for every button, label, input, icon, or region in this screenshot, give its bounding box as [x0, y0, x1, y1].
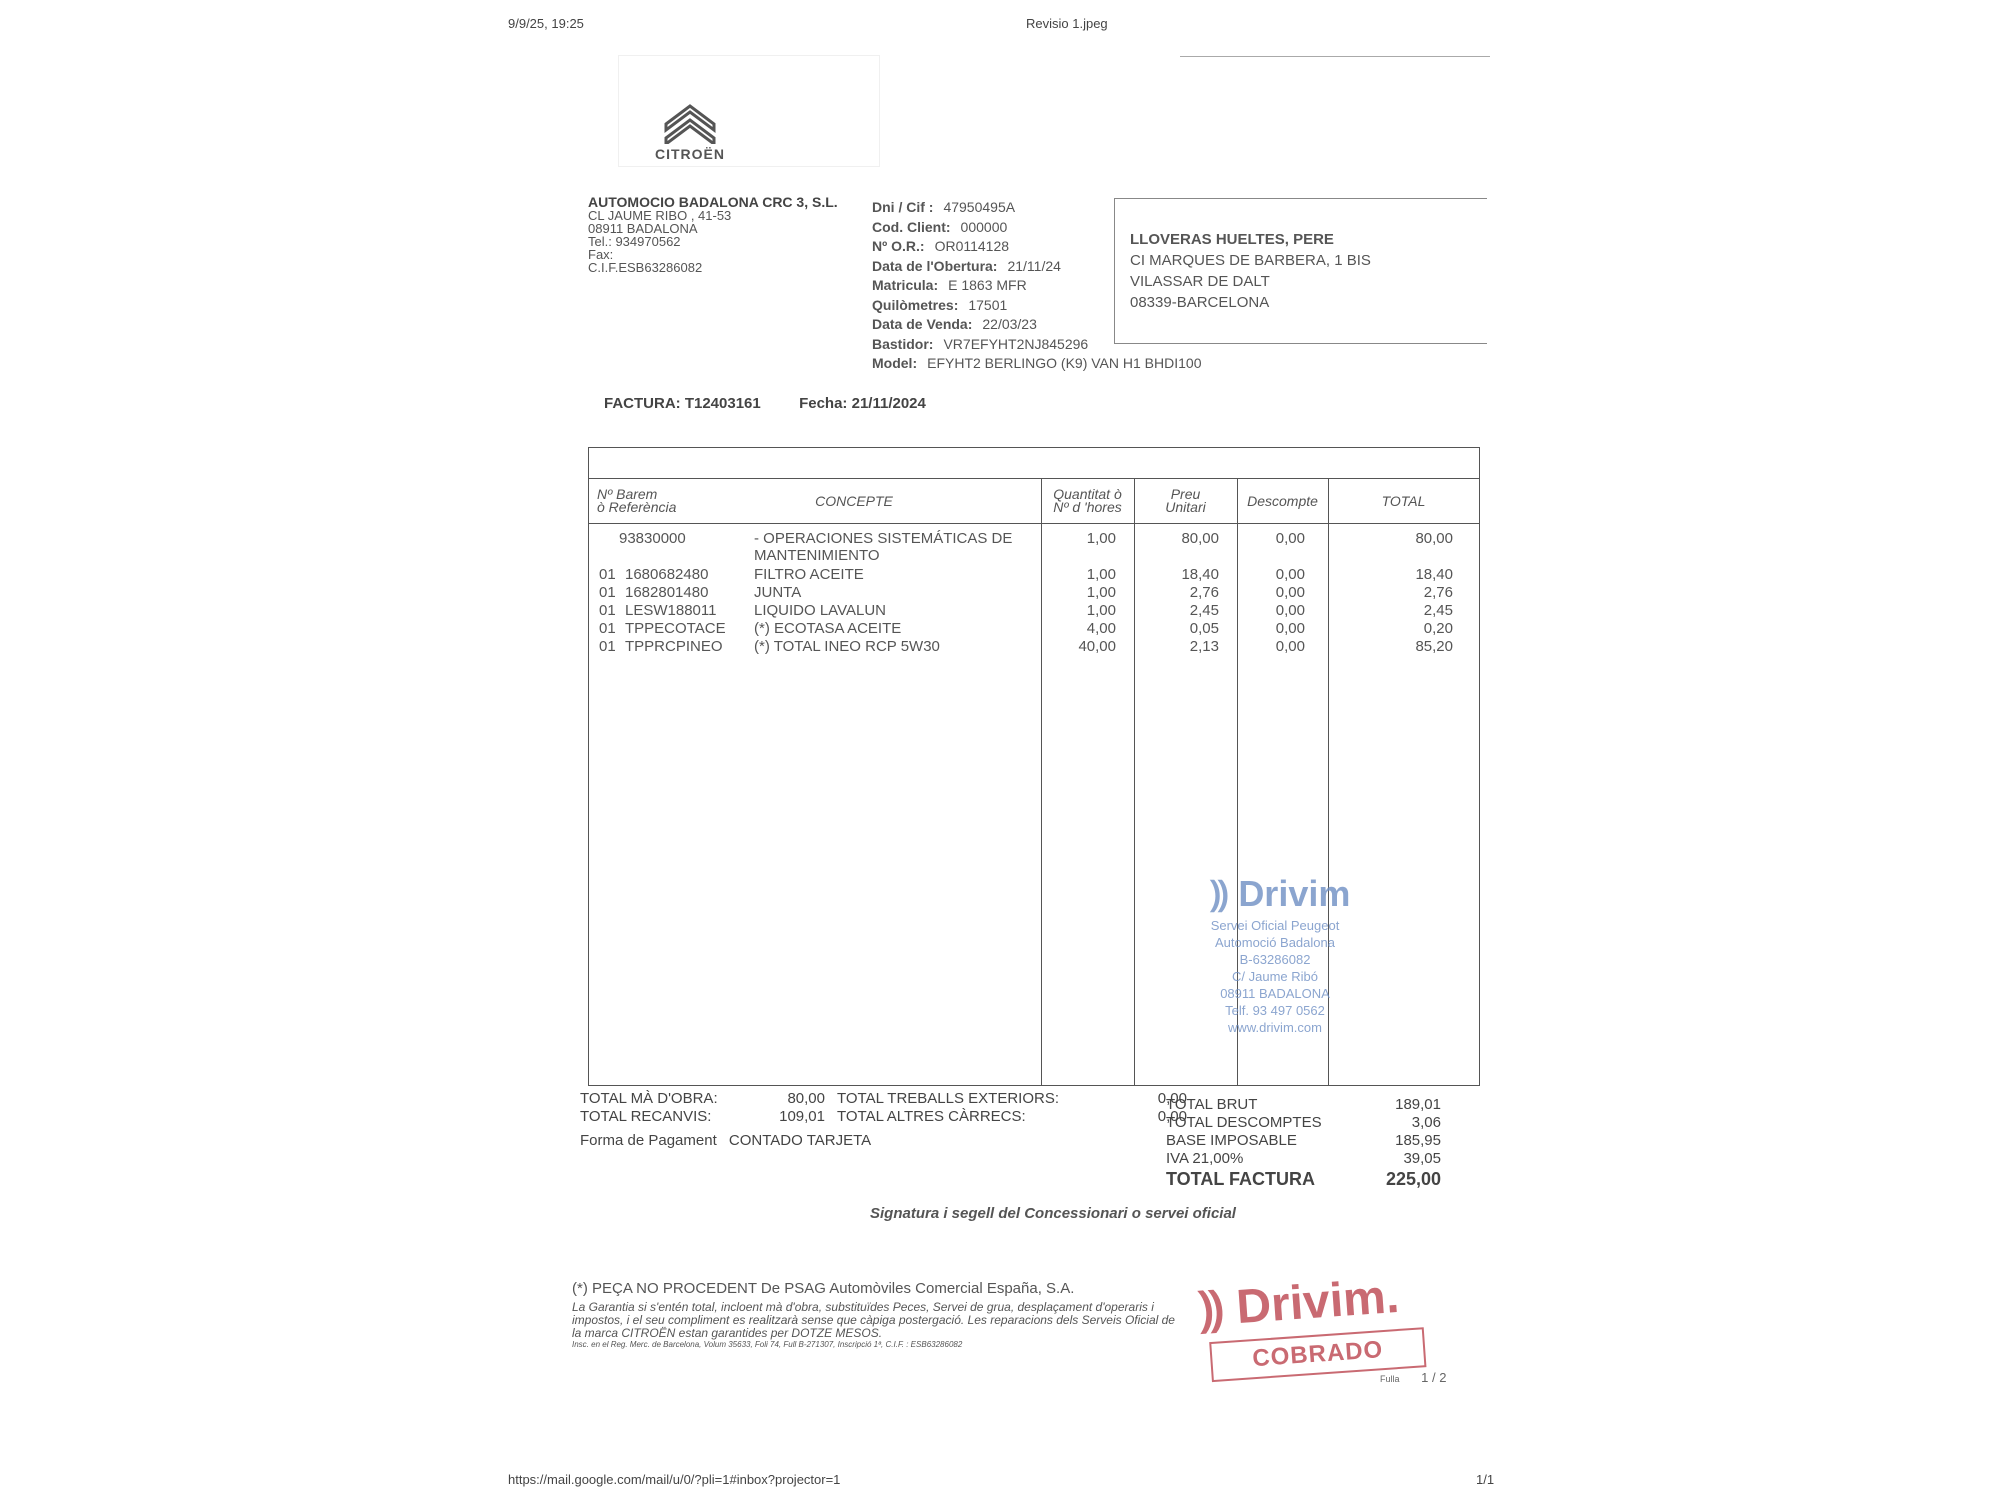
row-concept: (*) TOTAL INEO RCP 5W30: [754, 638, 1034, 655]
labor-label: TOTAL MÀ D'OBRA:: [580, 1090, 770, 1108]
invoice-header: FACTURA: T12403161 Fecha: 21/11/2024: [604, 395, 926, 412]
row-prefix: 01: [599, 638, 616, 655]
stamp-red-brand: Drivim.: [1235, 1270, 1401, 1334]
signature-label: Signatura i segell del Concessionari o s…: [870, 1205, 1236, 1222]
sheet-label: Fulla: [1380, 1374, 1400, 1384]
row-prefix: 01: [599, 584, 616, 601]
meta-value: 000000: [961, 219, 1008, 235]
row-prefix: 01: [599, 602, 616, 619]
row-qty: 1,00: [1041, 584, 1116, 601]
meta-value: E 1863 MFR: [948, 277, 1027, 293]
non-psag-note: (*) PEÇA NO PROCEDENT De PSAG Automòvile…: [572, 1280, 1182, 1297]
row-ref: TPPECOTACE: [625, 620, 726, 637]
stamp-line: Automoció Badalona: [1190, 934, 1360, 951]
registry-text: Insc. en el Reg. Merc. de Barcelona, Vol…: [572, 1340, 1182, 1349]
summary-row: IVA 21,00%39,05: [1166, 1150, 1441, 1168]
summary-value: 189,01: [1395, 1096, 1441, 1114]
external-label: TOTAL TREBALLS EXTERIORS:: [837, 1090, 1147, 1108]
header-discount: Descompte: [1237, 479, 1328, 523]
summary-value: 39,05: [1403, 1150, 1441, 1168]
summary-value: 3,06: [1412, 1114, 1441, 1132]
row-discount: 0,00: [1237, 566, 1305, 583]
row-total: 0,20: [1328, 620, 1453, 637]
summary-value: 185,95: [1395, 1132, 1441, 1150]
row-qty: 1,00: [1041, 602, 1116, 619]
table-header: Nº Baremò Referència CONCEPTE Quantitat …: [589, 478, 1479, 524]
row-qty: 4,00: [1041, 620, 1116, 637]
row-prefix: 01: [599, 566, 616, 583]
scan-artifact-line: [1180, 56, 1490, 57]
stamp-brand: Drivim: [1238, 873, 1350, 914]
row-price: 18,40: [1134, 566, 1219, 583]
row-concept: JUNTA: [754, 584, 1034, 601]
row-ref: 1682801480: [625, 584, 708, 601]
client-name: LLOVERAS HUELTES, PERE: [1130, 229, 1371, 250]
totals-right: TOTAL BRUT189,01TOTAL DESCOMPTES3,06BASE…: [1166, 1096, 1441, 1190]
row-qty: 1,00: [1041, 566, 1116, 583]
row-ref: TPPRCPINEO: [625, 638, 723, 655]
grand-total-row: TOTAL FACTURA 225,00: [1166, 1168, 1441, 1190]
brand-name: CITROËN: [645, 146, 735, 162]
meta-label: Cod. Client:: [872, 219, 951, 235]
row-discount: 0,00: [1237, 620, 1305, 637]
row-prefix: 01: [599, 620, 616, 637]
meta-label: Matricula:: [872, 277, 938, 293]
row-ref: 1680682480: [625, 566, 708, 583]
dealer-cif: C.I.F.ESB63286082: [588, 261, 838, 274]
row-price: 0,05: [1134, 620, 1219, 637]
dealer-phone: Tel.: 934970562: [588, 235, 838, 248]
summary-row: TOTAL BRUT189,01: [1166, 1096, 1441, 1114]
row-total: 18,40: [1328, 566, 1453, 583]
print-url: https://mail.google.com/mail/u/0/?pli=1#…: [508, 1472, 840, 1487]
row-qty: 1,00: [1041, 530, 1116, 547]
summary-label: TOTAL DESCOMPTES: [1166, 1114, 1322, 1132]
row-discount: 0,00: [1237, 584, 1305, 601]
invoice-date-label: Fecha:: [799, 395, 847, 412]
row-total: 80,00: [1328, 530, 1453, 547]
legal-footnote: (*) PEÇA NO PROCEDENT De PSAG Automòvile…: [572, 1280, 1182, 1349]
totals-left: TOTAL MÀ D'OBRA: 80,00 TOTAL TREBALLS EX…: [580, 1090, 1187, 1150]
labor-value: 80,00: [770, 1090, 825, 1108]
row-concept: LIQUIDO LAVALUN: [754, 602, 1034, 619]
client-street: CI MARQUES DE BARBERA, 1 BIS: [1130, 250, 1371, 271]
print-page: 1/1: [1476, 1472, 1494, 1487]
stamp-line: Telf. 93 497 0562: [1190, 1002, 1360, 1019]
client-postal: 08339-BARCELONA: [1130, 292, 1371, 313]
meta-label: Bastidor:: [872, 336, 933, 352]
meta-value: 22/03/23: [982, 316, 1037, 332]
header-price: PreuUnitari: [1134, 479, 1237, 523]
row-concept: (*) ECOTASA ACEITE: [754, 620, 1034, 637]
stamp-line: B-63286082: [1190, 951, 1360, 968]
meta-label: Dni / Cif :: [872, 199, 933, 215]
meta-label: Data de Venda:: [872, 316, 972, 332]
summary-row: BASE IMPOSABLE185,95: [1166, 1132, 1441, 1150]
summary-label: TOTAL BRUT: [1166, 1096, 1257, 1114]
row-discount: 0,00: [1237, 638, 1305, 655]
sheet-value: 1 / 2: [1421, 1370, 1446, 1385]
meta-value: 47950495A: [943, 199, 1015, 215]
print-title: Revisio 1.jpeg: [1026, 16, 1108, 31]
summary-label: IVA 21,00%: [1166, 1150, 1243, 1168]
header-ref: Nº Baremò Referència: [597, 479, 697, 523]
invoice-date: 21/11/2024: [852, 395, 926, 412]
row-price: 80,00: [1134, 530, 1219, 547]
row-ref: 93830000: [619, 530, 686, 547]
row-total: 2,45: [1328, 602, 1453, 619]
summary-row: TOTAL DESCOMPTES3,06: [1166, 1114, 1441, 1132]
meta-label: Quilòmetres:: [872, 297, 958, 313]
payment-label: Forma de Pagament: [580, 1132, 717, 1149]
row-concept: FILTRO ACEITE: [754, 566, 1034, 583]
grand-total-label: TOTAL FACTURA: [1166, 1168, 1315, 1190]
stamp-line: C/ Jaume Ribó: [1190, 968, 1360, 985]
meta-value: EFYHT2 BERLINGO (K9) VAN H1 BHDI100: [927, 355, 1201, 371]
stamp-signal-icon: ⸩: [1197, 1282, 1225, 1337]
warranty-text: La Garantia si s'entén total, incloent m…: [572, 1301, 1182, 1340]
client-box: LLOVERAS HUELTES, PERE CI MARQUES DE BAR…: [1114, 198, 1487, 344]
meta-row: Model:EFYHT2 BERLINGO (K9) VAN H1 BHDI10…: [872, 354, 1201, 374]
meta-label: Nº O.R.:: [872, 238, 925, 254]
parts-value: 109,01: [770, 1108, 825, 1126]
other-label: TOTAL ALTRES CÀRRECS:: [837, 1108, 1147, 1126]
row-price: 2,13: [1134, 638, 1219, 655]
row-discount: 0,00: [1237, 602, 1305, 619]
citroen-logo: CITROËN: [645, 100, 735, 162]
row-total: 2,76: [1328, 584, 1453, 601]
stamp-signal-icon: ⸩: [1210, 873, 1228, 914]
stamp-line: 08911 BADALONA: [1190, 985, 1360, 1002]
payment-method: CONTADO TARJETA: [729, 1132, 871, 1149]
stamp-line: www.drivim.com: [1190, 1019, 1360, 1036]
print-datetime: 9/9/25, 19:25: [508, 16, 584, 31]
client-town: VILASSAR DE DALT: [1130, 271, 1371, 292]
row-qty: 40,00: [1041, 638, 1116, 655]
meta-value: 17501: [968, 297, 1007, 313]
header-total: TOTAL: [1328, 479, 1479, 523]
invoice-number: T12403161: [685, 395, 761, 412]
row-concept: - OPERACIONES SISTEMÁTICAS DE MANTENIMIE…: [754, 530, 1034, 564]
meta-value: 21/11/24: [1007, 258, 1060, 274]
row-price: 2,45: [1134, 602, 1219, 619]
row-total: 85,20: [1328, 638, 1453, 655]
citroen-chevrons-icon: [662, 100, 718, 144]
meta-label: Data de l'Obertura:: [872, 258, 997, 274]
dealer-stamp-blue: ⸩ Drivim Servei Oficial PeugeotAutomoció…: [1210, 868, 1360, 1036]
stamp-line: Servei Oficial Peugeot: [1190, 917, 1360, 934]
summary-label: BASE IMPOSABLE: [1166, 1132, 1297, 1150]
header-qty: Quantitat òNº d 'hores: [1041, 479, 1134, 523]
dealer-info: AUTOMOCIO BADALONA CRC 3, S.L. CL JAUME …: [588, 196, 838, 274]
paid-stamp: ⸩ Drivim. COBRADO: [1197, 1260, 1427, 1382]
row-discount: 0,00: [1237, 530, 1305, 547]
meta-value: OR0114128: [935, 238, 1009, 254]
invoice-number-label: FACTURA:: [604, 395, 681, 412]
row-price: 2,76: [1134, 584, 1219, 601]
grand-total-value: 225,00: [1386, 1168, 1441, 1190]
meta-value: VR7EFYHT2NJ845296: [943, 336, 1088, 352]
parts-label: TOTAL RECANVIS:: [580, 1108, 770, 1126]
row-ref: LESW188011: [625, 602, 716, 619]
header-concept: CONCEPTE: [729, 479, 979, 523]
sheet-number: Fulla 1 / 2: [1380, 1370, 1446, 1385]
meta-label: Model:: [872, 355, 917, 371]
